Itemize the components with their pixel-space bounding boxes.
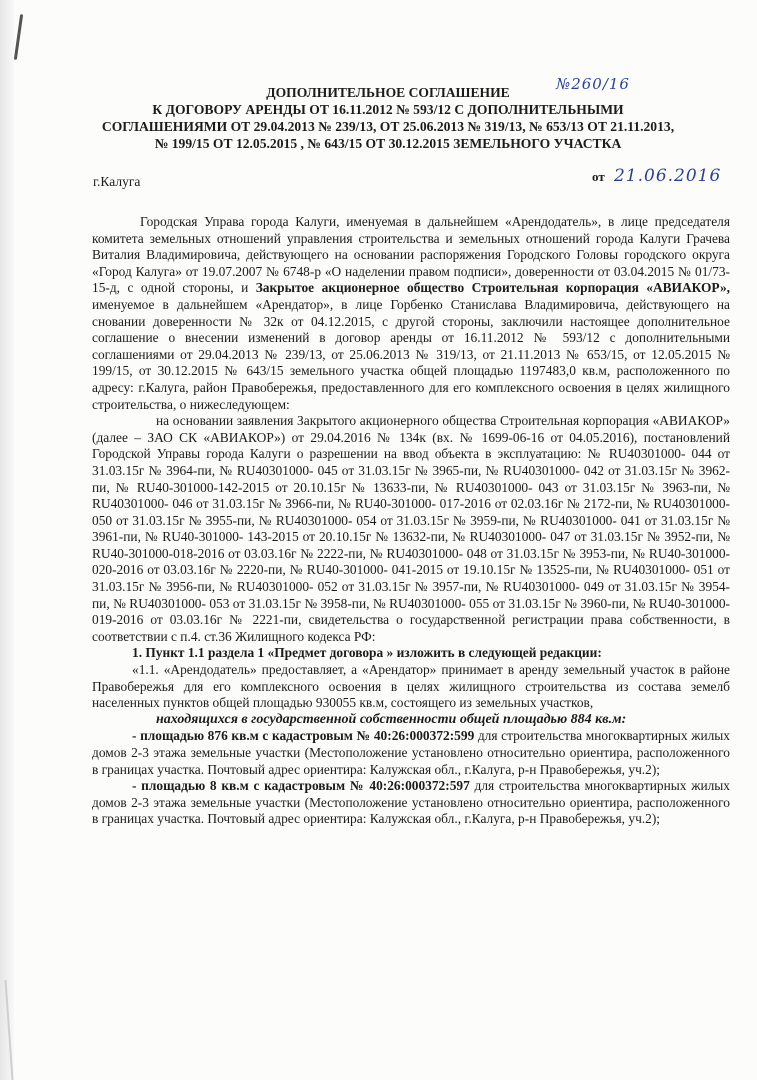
staple-mark (14, 14, 23, 60)
clause-1-title: 1. Пункт 1.1 раздела 1 «Предмет договора… (92, 645, 730, 662)
handwritten-agreement-number: №260/16 (556, 75, 630, 93)
plot-cadastral: - площадью 876 кв.м с кадастровым № 40:2… (132, 728, 474, 743)
title-line-3: СОГЛАШЕНИЯМИ ОТ 29.04.2013 № 239/13, ОТ … (78, 118, 698, 135)
document-title: ДОПОЛНИТЕЛЬНОЕ СОГЛАШЕНИЕ К ДОГОВОРУ АРЕ… (78, 84, 698, 152)
agreement-date: от 21.06.2016 (592, 166, 721, 186)
state-property-heading: находящихся в государственной собственно… (92, 712, 730, 729)
handwritten-date: 21.06.2016 (614, 166, 721, 186)
document-body: Городская Управа города Калуги, именуема… (92, 214, 730, 828)
city: г.Калуга (93, 174, 140, 190)
title-line-4: № 199/15 ОТ 12.05.2015 , № 643/15 ОТ 30.… (78, 135, 698, 152)
intro-text-2: именуемое в дальнейшем «Арендатор», в ли… (92, 297, 730, 412)
plot-item: - площадью 876 кв.м с кадастровым № 40:2… (92, 728, 730, 778)
date-prefix: от (592, 169, 605, 184)
tenant-company: Закрытое акционерное общество Строительн… (256, 280, 730, 295)
plot-cadastral: - площадью 8 кв.м с кадастровым № 40:26:… (132, 778, 470, 793)
basis-paragraph: на основании заявления Закрытого акционе… (92, 413, 730, 645)
clause-1-text: «1.1. «Арендодатель» предоставляет, а «А… (92, 662, 730, 712)
title-line-2: К ДОГОВОРУ АРЕНДЫ ОТ 16.11.2012 № 593/12… (78, 101, 698, 118)
intro-paragraph: Городская Управа города Калуги, именуема… (92, 214, 730, 413)
plot-item: - площадью 8 кв.м с кадастровым № 40:26:… (92, 778, 730, 828)
page-edge (0, 0, 14, 1080)
